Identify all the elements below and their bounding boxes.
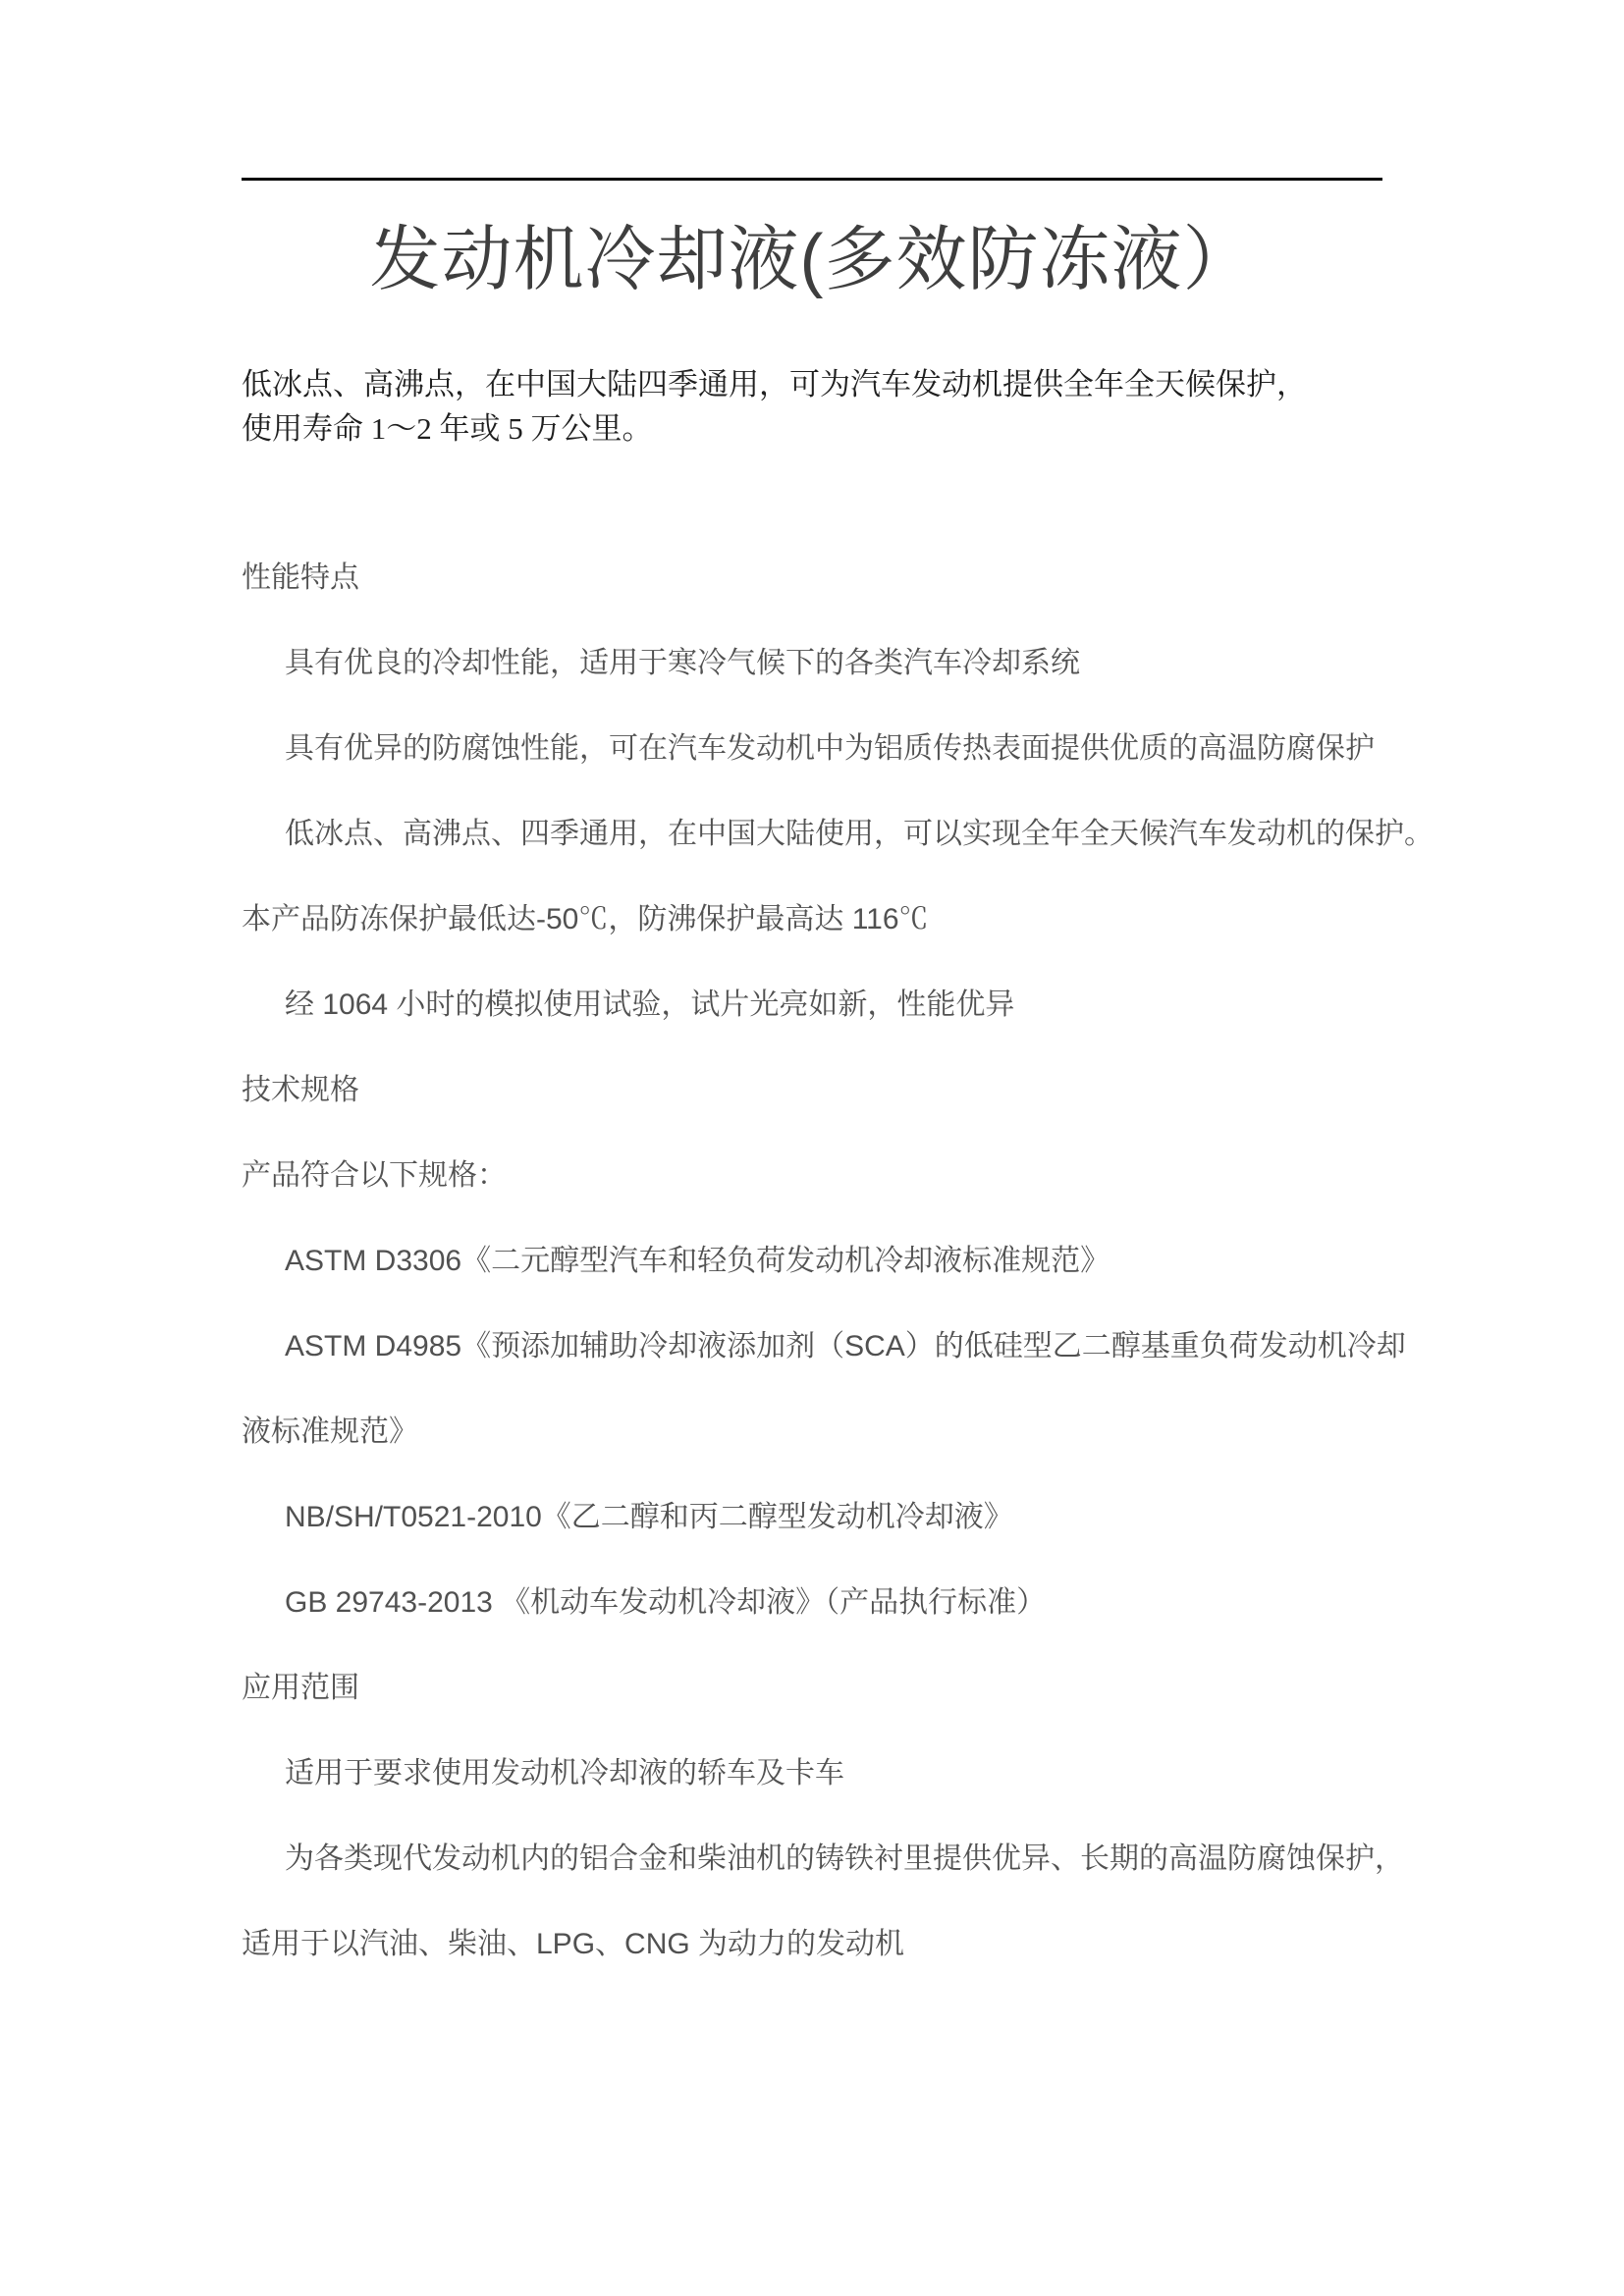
- intro-line: 使用寿命 1～2 年或 5 万公里。: [242, 406, 1382, 451]
- doc-line: 为各类现代发动机内的铝合金和柴油机的铸铁衬里提供优异、长期的高温防腐蚀保护，: [242, 1842, 1382, 1877]
- section-application-range: 应用范围 适用于要求使用发动机冷却液的轿车及卡车 为各类现代发动机内的铝合金和柴…: [242, 1671, 1382, 1962]
- section-technical-specs: 技术规格 产品符合以下规格： ASTM D3306《二元醇型汽车和轻负荷发动机冷…: [242, 1073, 1382, 1621]
- section-performance-features: 性能特点 具有优良的冷却性能，适用于寒冷气候下的各类汽车冷却系统 具有优异的防腐…: [242, 561, 1382, 1023]
- section-heading: 技术规格: [242, 1073, 1382, 1108]
- doc-line: 适用于以汽油、柴油、LPG、CNG 为动力的发动机: [242, 1927, 1382, 1962]
- doc-line: 本产品防冻保护最低达-50℃，防沸保护最高达 116℃: [242, 902, 1382, 937]
- page-title: 发动机冷却液(多效防冻液）: [242, 220, 1382, 300]
- doc-line: 产品符合以下规格：: [242, 1158, 1382, 1194]
- doc-line: 经 1064 小时的模拟使用试验，试片光亮如新，性能优异: [242, 988, 1382, 1023]
- title-divider-line: [242, 178, 1382, 181]
- doc-line: 液标准规范》: [242, 1415, 1382, 1450]
- doc-line: 低冰点、高沸点、四季通用，在中国大陆使用，可以实现全年全天候汽车发动机的保护。: [242, 817, 1382, 852]
- doc-line: ASTM D4985《预添加辅助冷却液添加剂（SCA）的低硅型乙二醇基重负荷发动…: [242, 1329, 1382, 1364]
- section-heading: 性能特点: [242, 561, 1382, 596]
- intro-line: 低冰点、高沸点，在中国大陆四季通用，可为汽车发动机提供全年全天候保护，: [242, 362, 1382, 406]
- document-content: 发动机冷却液(多效防冻液） 低冰点、高沸点，在中国大陆四季通用，可为汽车发动机提…: [242, 178, 1382, 1962]
- doc-line: 具有优异的防腐蚀性能，可在汽车发动机中为铝质传热表面提供优质的高温防腐保护: [242, 731, 1382, 767]
- doc-line: NB/SH/T0521-2010《乙二醇和丙二醇型发动机冷却液》: [242, 1500, 1382, 1535]
- doc-line: 适用于要求使用发动机冷却液的轿车及卡车: [242, 1756, 1382, 1791]
- doc-line: ASTM D3306《二元醇型汽车和轻负荷发动机冷却液标准规范》: [242, 1244, 1382, 1279]
- doc-line: GB 29743-2013 《机动车发动机冷却液》（产品执行标准）: [242, 1585, 1382, 1621]
- section-heading: 应用范围: [242, 1671, 1382, 1706]
- document-page: 发动机冷却液(多效防冻液） 低冰点、高沸点，在中国大陆四季通用，可为汽车发动机提…: [0, 0, 1624, 2296]
- doc-line: 具有优良的冷却性能，适用于寒冷气候下的各类汽车冷却系统: [242, 646, 1382, 681]
